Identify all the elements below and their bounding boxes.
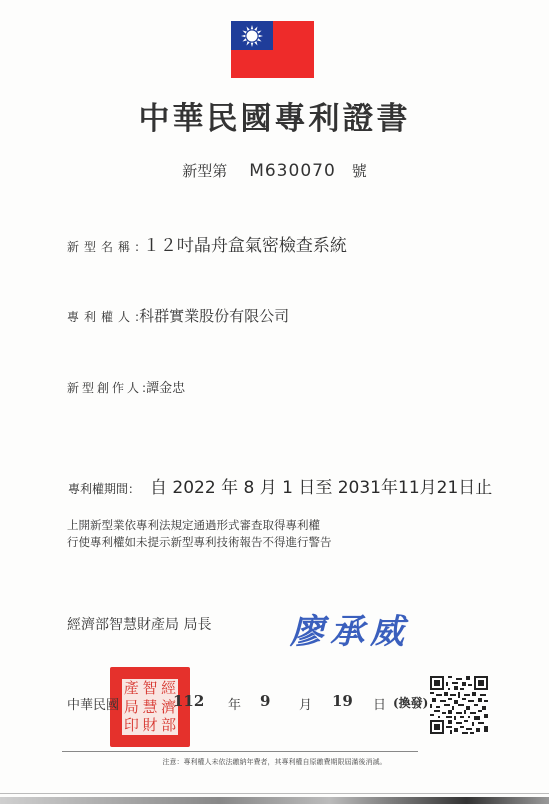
field-label: 新型創作人 <box>67 381 142 395</box>
period-value: 自 2022 年 8 月 1 日至 2031年11月21日止 <box>150 478 492 498</box>
certificate-title: 中華民國專利證書 <box>0 93 549 138</box>
field-value: １２吋晶舟盒氣密檢查系統 <box>143 236 347 256</box>
page-edge-line <box>0 793 549 794</box>
qr-code <box>430 676 488 734</box>
period-label: 專利權期間： <box>68 482 140 496</box>
date-year: 112 <box>173 692 204 710</box>
roc-flag <box>231 21 314 78</box>
field-label: 專利權人 <box>67 310 135 324</box>
certificate-number: M630070 <box>249 161 336 181</box>
certificate-number-line: 新型第M630070號 <box>0 160 549 181</box>
field-label: 新型名稱 <box>67 240 135 254</box>
scan-edge <box>0 797 549 804</box>
date-era: 中華民國 <box>67 694 119 713</box>
date-month: 9 <box>260 692 270 710</box>
date-year-unit: 年 <box>228 694 241 713</box>
date-day: 19 <box>332 692 353 710</box>
patent-period: 專利權期間：自 2022 年 8 月 1 日至 2031年11月21日止 <box>68 473 492 498</box>
date-month-unit: 月 <box>299 694 312 713</box>
field-creator: 新型創作人:譚金忠 <box>67 377 185 396</box>
reissue-note: (換發) <box>393 694 428 711</box>
field-model-name: 新型名稱: １２吋晶舟盒氣密檢查系統 <box>67 231 347 256</box>
footnote: 注意：專利權人未依法繳納年費者，其專利權自原繳費期限屆滿後消滅。 <box>0 757 549 767</box>
certificate-suffix: 號 <box>352 162 367 180</box>
notice-line: 上開新型業依專利法規定通過形式審查取得專利權 <box>67 517 332 534</box>
certificate-prefix: 新型第 <box>182 162 227 180</box>
seal-characters: 產 智 經 局 慧 濟 印 財 部 <box>122 679 178 735</box>
director-signature: 廖承威 <box>290 604 410 653</box>
field-patentee: 專利權人:科群實業股份有限公司 <box>67 305 289 326</box>
white-sun-icon <box>240 24 264 48</box>
issuer-title: 經濟部智慧財產局 局長 <box>67 614 211 634</box>
field-value: 譚金忠 <box>146 381 185 396</box>
field-value: 科群實業股份有限公司 <box>139 307 289 325</box>
date-day-unit: 日 <box>373 694 386 713</box>
notice-line: 行使專利權如未提示新型專利技術報告不得進行警告 <box>67 534 332 551</box>
footer-divider <box>62 751 418 752</box>
notice-text: 上開新型業依專利法規定通過形式審查取得專利權 行使專利權如未提示新型專利技術報告… <box>67 517 332 551</box>
